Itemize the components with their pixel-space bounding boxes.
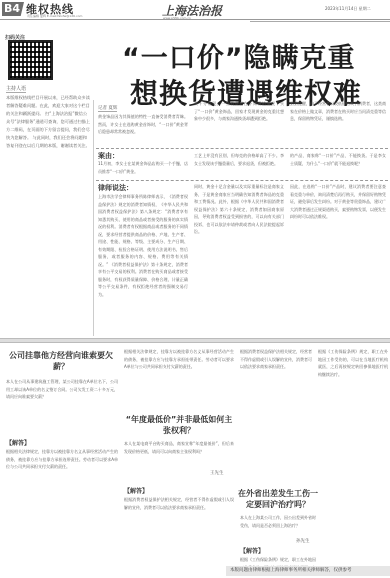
article-byline: 记者 夏辉 <box>98 105 117 112</box>
qa-2-answer-cont: 根据消费者权益保护法相关规定，经营者不得作虚假或引人误解的宣传，消费者可以依法要… <box>240 348 312 480</box>
qa-2-question: 本人在某电商平台购买商品，商家宣称“年度最低价”，但后来发现价格更低，请问可以向… <box>124 440 234 468</box>
qa-3-title: 在外省出差发生工伤一定要回沪治疗吗？ <box>238 488 318 510</box>
qr-code-icon[interactable] <box>8 40 53 80</box>
qa-1-answer-cont: 根据相关法律规定，挂靠方以被挂靠方名义从事经营活动产生的债务，被挂靠方应与挂靠方… <box>124 348 234 414</box>
qa-3-author: 孙先生 <box>296 538 310 544</box>
qa-1-answer: 根据相关法律规定，挂靠方以被挂靠方名义从事经营活动产生的债务，被挂靠方应与挂靠方… <box>6 448 118 564</box>
host-heading: 主持人语 <box>6 85 26 93</box>
intro-col-3: 猎猎提醒，由于经营者以较低价格吸引消费者，这类商家在价格上做文章，消费者在购买时… <box>290 100 386 123</box>
case-col-1: 11月初，李女士在某黄金饰品店购买一个手镯，店员推荐“一口价”黄金。 <box>98 160 188 175</box>
host-text: 本版维权热线栏目开展以来，已经帮助众多读者解答疑难问题。在此，欢迎大家对这个栏目… <box>6 94 90 150</box>
issue-date: 2023年11月14日 星期二 <box>325 6 371 12</box>
lawyer-col-1: 上海市法学会律师事务所陈律师表示，《消费者权益保护法》规定的消费者知情权，《中华… <box>98 193 188 333</box>
case-col-3: 的产品，商家称“一口价”产品，不能换货。于是李女士质疑，为什么“一口价”就不能退… <box>290 152 386 167</box>
qa-3-answer-heading: 【解答】 <box>240 546 264 555</box>
page-badge: B4 <box>2 2 24 16</box>
case-col-2: 工艺上并没有区别，但每克的价格却高了不少。李女士发现该手镯重量后，要求退货，但被… <box>194 152 284 167</box>
article-title-line1: “一口价”隐瞒克重 <box>122 36 356 75</box>
lawyer-heading: 律师说法： <box>98 183 133 193</box>
header-rule <box>0 19 390 20</box>
qa-2-title: “年度最低价”并非最低如何主张权利？ <box>124 414 234 436</box>
lawyer-col-3: 因此，在选购“一口价”产品时，建议消费者要注意查看克重与单价，询问清楚后再行购买… <box>290 183 386 333</box>
qa-2-author: 王先生 <box>210 470 224 476</box>
page-header: B4 维权热线 责任编辑 夏辉 E-mail:falvfw@126.com 上海… <box>0 0 390 22</box>
qa-1-question: 本人在公司从事建筑施工管理，某公司挂靠在A单位名下，公司用工却以该A单位的名义签… <box>6 378 118 434</box>
dashed-divider <box>96 180 388 181</box>
intro-col-1: 黄金饰品因为其保值的特性一直备受消费者青睐。然而，许女士在选购黄金首饰时，“一口… <box>98 113 188 136</box>
section-subtitle: 责任编辑 夏辉 E-mail:falvfw@126.com <box>27 14 82 18</box>
qa-2-answer-heading: 【解答】 <box>124 486 148 495</box>
section-band <box>0 338 390 343</box>
intro-col-2: 黄十分常见。一些消费者在不知情的情况下买了“一口价”黄金饰品，回家才发现黄金的克… <box>194 100 284 123</box>
column-divider <box>93 100 94 336</box>
qa-3-answer: 根据《工伤保险条例》规定，职工在外地因工作受伤的，可以在当地医疗机构就医，之后再… <box>240 556 316 566</box>
lawyer-col-2: 同时，黄金十足含金量以及实际重量标注是商家义务，于是黄金商家应当明确告知消费者饰… <box>194 183 284 333</box>
dashed-divider <box>96 148 388 149</box>
header-rule-2 <box>250 21 390 22</box>
qa-2-answer: 根据消费者权益保护法相关规定，经营者不得作虚假或引人误解的宣传，消费者可以依法要… <box>124 496 234 564</box>
qa-1-answer-heading: 【解答】 <box>6 438 30 447</box>
qa-1-title: 公司挂靠他方经营向谁索要欠薪？ <box>6 350 116 372</box>
footer-note: 本版问题由律师根据上海律师事务所相关律师解答，仅供参考 <box>226 566 390 576</box>
qa-3-answer-cont: 根据《工伤保险条例》规定，职工在外地因工作受伤的，可以在当地医疗机构就医，之后再… <box>318 348 388 564</box>
